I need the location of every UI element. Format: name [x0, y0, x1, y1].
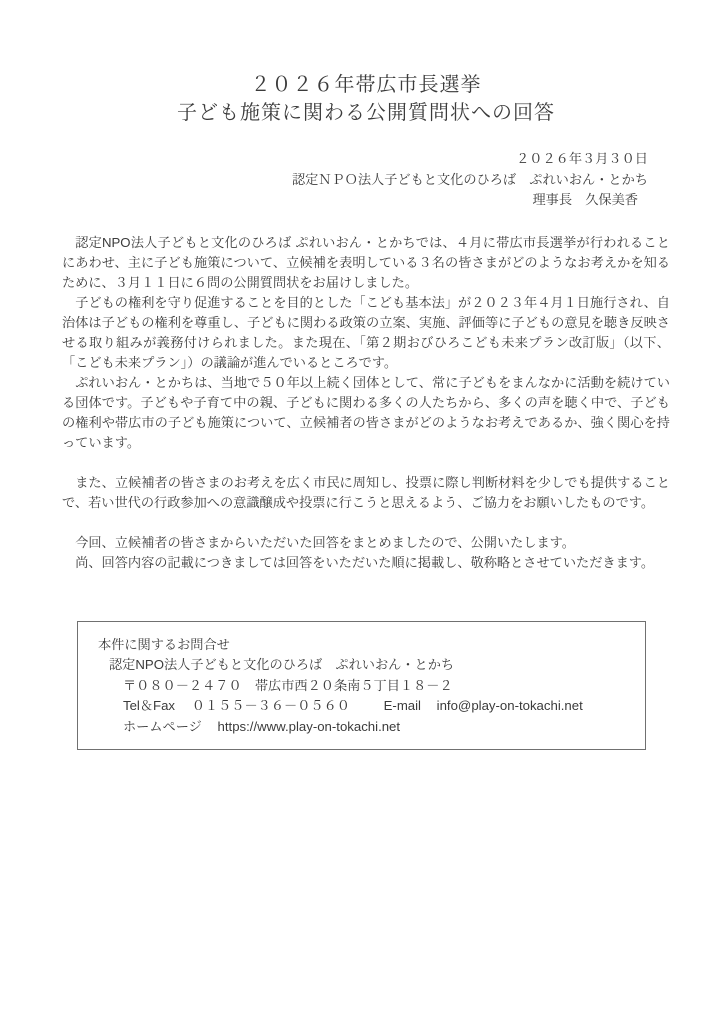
sender-signer: 理事長 久保美香: [62, 190, 648, 211]
paragraph-5: 今回、立候補者の皆さまからいただいた回答をまとめましたので、公開いたします。: [62, 533, 670, 553]
paragraph-4: また、立候補者の皆さまのお考えを広く市民に周知し、投票に際し判断材料を少しでも提…: [62, 473, 670, 513]
title-line-1: ２０２６年帯広市長選挙: [62, 71, 670, 99]
paragraph-6: 尚、回答内容の記載につきましては回答をいただいた順に掲載し、敬称略とさせていただ…: [62, 553, 670, 573]
email-address: info@play-on-tokachi.net: [437, 698, 583, 713]
letter-body: 認定NPO法人子どもと文化のひろば ぷれいおん・とかちでは、４月に帯広市長選挙が…: [62, 233, 670, 573]
document-page: ２０２６年帯広市長選挙 子ども施策に関わる公開質問状への回答 ２０２６年３月３０…: [0, 0, 724, 1024]
telfax-label: Tel＆Fax: [123, 698, 175, 713]
sender-organization: 認定ＮＰＯ法人子どもと文化のひろば ぷれいおん・とかち: [62, 170, 648, 191]
document-date: ２０２６年３月３０日: [62, 149, 648, 170]
contact-telfax-line: Tel＆Fax ０１５５－３６－０５６０ E-mail info@play-on…: [98, 696, 627, 717]
contact-box: 本件に関するお問合せ 認定NPO法人子どもと文化のひろば ぷれいおん・とかち 〒…: [77, 621, 646, 751]
website-label: ホームページ: [123, 719, 202, 734]
title-line-2: 子ども施策に関わる公開質問状への回答: [62, 99, 670, 127]
contact-organization: 認定NPO法人子どもと文化のひろば ぷれいおん・とかち: [98, 655, 627, 676]
telfax-number: ０１５５－３６－０５６０: [192, 698, 350, 713]
sender-block: ２０２６年３月３０日 認定ＮＰＯ法人子どもと文化のひろば ぷれいおん・とかち 理…: [62, 149, 670, 211]
email-label: E-mail: [384, 698, 421, 713]
paragraph-2: 子どもの権利を守り促進することを目的とした「こども基本法」が２０２３年４月１日施…: [62, 293, 670, 373]
paragraph-1: 認定NPO法人子どもと文化のひろば ぷれいおん・とかちでは、４月に帯広市長選挙が…: [62, 233, 670, 293]
website-url: https://www.play-on-tokachi.net: [218, 719, 401, 734]
document-title: ２０２６年帯広市長選挙 子ども施策に関わる公開質問状への回答: [62, 71, 670, 127]
contact-address: 〒０８０－２４７０ 帯広市西２０条南５丁目１８－２: [98, 676, 627, 697]
contact-website-line: ホームページ https://www.play-on-tokachi.net: [98, 717, 627, 738]
paragraph-3: ぷれいおん・とかちは、当地で５０年以上続く団体として、常に子どもをまんなかに活動…: [62, 373, 670, 453]
contact-heading: 本件に関するお問合せ: [98, 635, 627, 656]
